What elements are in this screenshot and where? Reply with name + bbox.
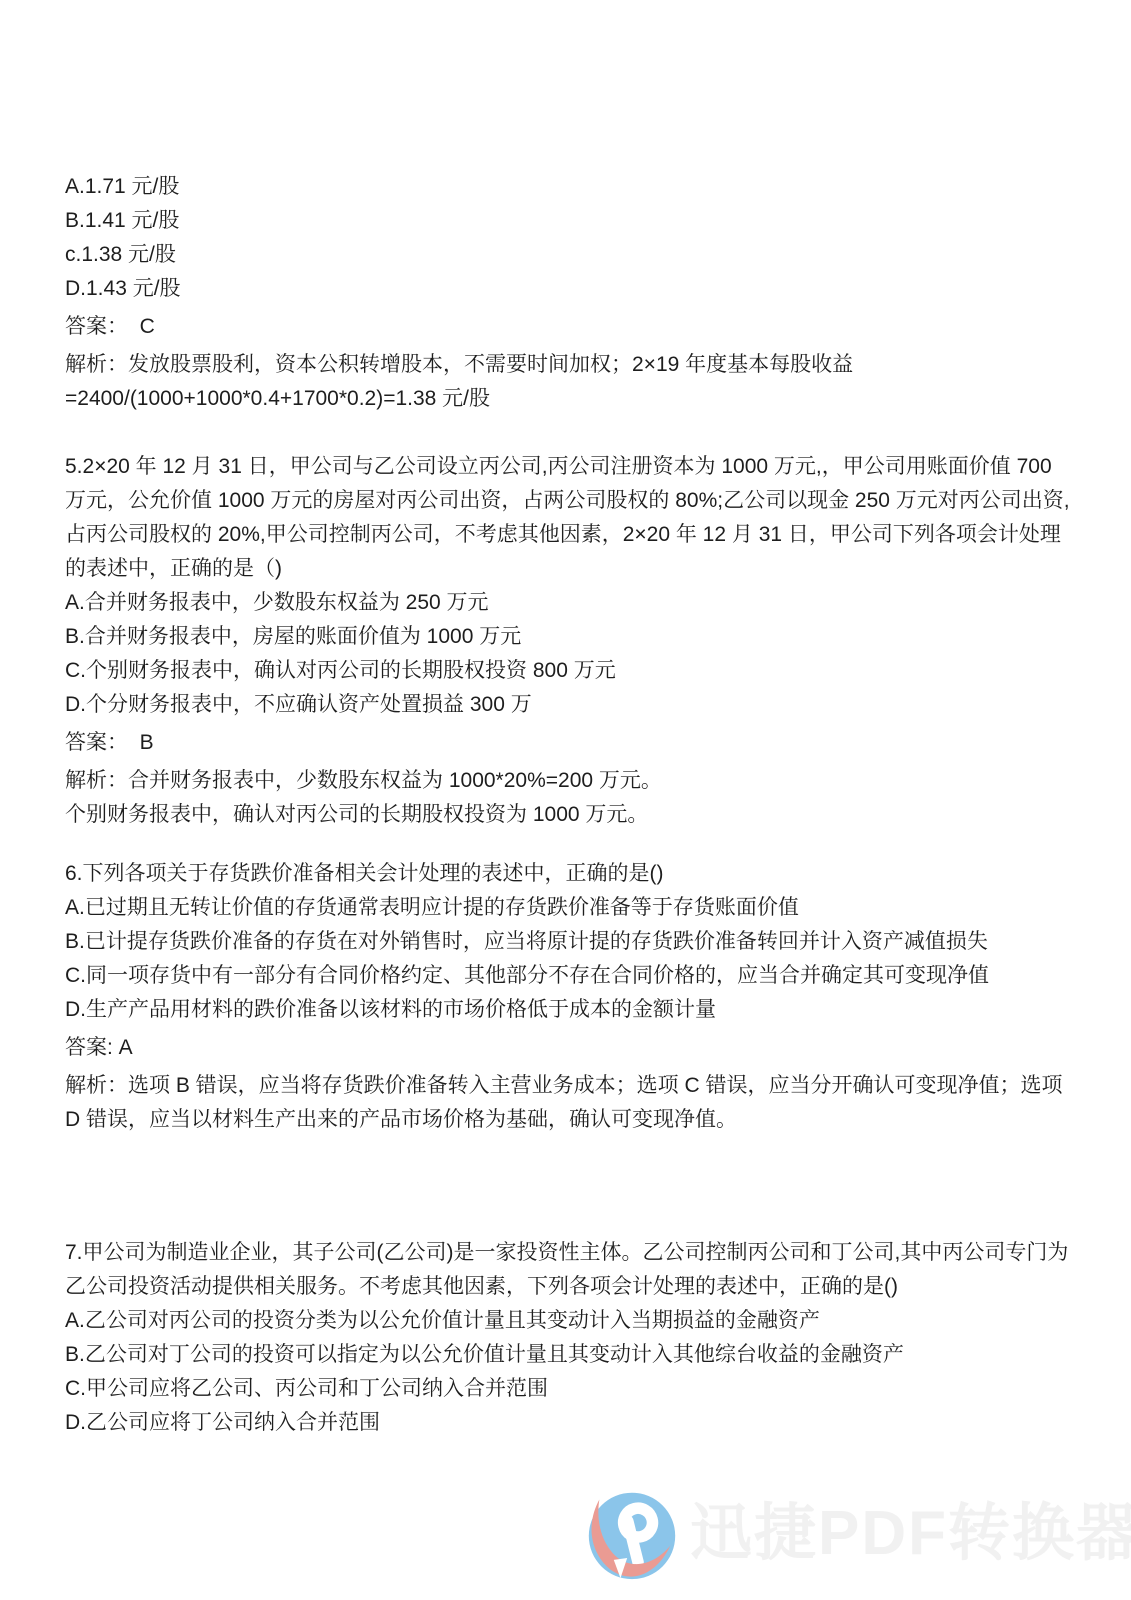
q7-option-b: B.乙公司对丁公司的投资可以指定为以公允价值计量且其变动计入其他综台收益的金融资… — [65, 1338, 1071, 1372]
q6-option-a: A.已过期且无转让价值的存货通常表明应计提的存货跌价准备等于存货账面价值 — [65, 891, 1071, 925]
q5-analysis-line-1: 解析：合并财务报表中，少数股东权益为 1000*20%=200 万元。 — [65, 764, 1071, 798]
q5-stem-line-4: 的表述中，正确的是（) — [65, 552, 1071, 586]
watermark-text: 迅捷PDF转换器 — [690, 1486, 1131, 1582]
question-7: 7.甲公司为制造业企业，其子公司(乙公司)是一家投资性主体。乙公司控制丙公司和丁… — [65, 1236, 1071, 1440]
q4-option-c: c.1.38 元/股 — [65, 238, 1071, 272]
q4-option-b: B.1.41 元/股 — [65, 204, 1071, 238]
pdf-converter-logo-icon — [584, 1486, 680, 1582]
question-4-tail: A.1.71 元/股 B.1.41 元/股 c.1.38 元/股 D.1.43 … — [65, 170, 1071, 416]
q5-answer-line: 答案： B — [65, 726, 1071, 760]
q5-stem-line-3: 占丙公司股权的 20%,甲公司控制丙公司，不考虑其他因素，2×20 年 12 月… — [65, 518, 1071, 552]
document-content: A.1.71 元/股 B.1.41 元/股 c.1.38 元/股 D.1.43 … — [65, 170, 1071, 1440]
q5-option-c: C.个别财务报表中，确认对丙公司的长期股权投资 800 万元 — [65, 654, 1071, 688]
pdf-document-page: A.1.71 元/股 B.1.41 元/股 c.1.38 元/股 D.1.43 … — [0, 0, 1131, 1600]
q6-option-d: D.生产产品用材料的跌价准备以该材料的市场价格低于成本的金额计量 — [65, 993, 1071, 1027]
question-5: 5.2×20 年 12 月 31 日，甲公司与乙公司设立丙公司,丙公司注册资本为… — [65, 450, 1071, 832]
q7-stem-line-2: 乙公司投资活动提供相关服务。不考虑其他因素，下列各项会计处理的表述中，正确的是(… — [65, 1270, 1071, 1304]
q6-analysis-line-1: 解析：选项 B 错误，应当将存货跌价准备转入主营业务成本；选项 C 错误，应当分… — [65, 1069, 1071, 1103]
q5-stem-line-2: 万元，公允价值 1000 万元的房屋对丙公司出资，占两公司股权的 80%;乙公司… — [65, 484, 1071, 518]
q5-option-b: B.合并财务报表中，房屋的账面价值为 1000 万元 — [65, 620, 1071, 654]
q5-analysis-line-2: 个别财务报表中，确认对丙公司的长期股权投资为 1000 万元。 — [65, 798, 1071, 832]
q6-option-c: C.同一项存货中有一部分有合同价格约定、其他部分不存在合同价格的，应当合并确定其… — [65, 959, 1071, 993]
watermark: 迅捷PDF转换器 — [584, 1486, 1131, 1582]
q7-option-a: A.乙公司对丙公司的投资分类为以公允价值计量且其变动计入当期损益的金融资产 — [65, 1304, 1071, 1338]
q6-stem-line-1: 6.下列各项关于存货跌价准备相关会计处理的表述中，正确的是() — [65, 857, 1071, 891]
question-6: 6.下列各项关于存货跌价准备相关会计处理的表述中，正确的是() A.已过期且无转… — [65, 857, 1071, 1137]
q6-analysis-line-2: D 错误，应当以材料生产出来的产品市场价格为基础，确认可变现净值。 — [65, 1103, 1071, 1137]
q4-option-a: A.1.71 元/股 — [65, 170, 1071, 204]
q4-analysis-line-2: =2400/(1000+1000*0.4+1700*0.2)=1.38 元/股 — [65, 382, 1071, 416]
q5-option-d: D.个分财务报表中，不应确认资产处置损益 300 万 — [65, 688, 1071, 722]
q7-option-c: C.甲公司应将乙公司、丙公司和丁公司纳入合并范围 — [65, 1372, 1071, 1406]
q4-option-d: D.1.43 元/股 — [65, 272, 1071, 306]
q7-stem-line-1: 7.甲公司为制造业企业，其子公司(乙公司)是一家投资性主体。乙公司控制丙公司和丁… — [65, 1236, 1071, 1270]
q6-option-b: B.已计提存货跌价准备的存货在对外销售时，应当将原计提的存货跌价准备转回并计入资… — [65, 925, 1071, 959]
q6-answer-line: 答案: A — [65, 1031, 1071, 1065]
q5-option-a: A.合并财务报表中，少数股东权益为 250 万元 — [65, 586, 1071, 620]
q4-analysis-line-1: 解析：发放股票股利，资本公积转增股本，不需要时间加权；2×19 年度基本每股收益 — [65, 348, 1071, 382]
q4-answer-line: 答案： C — [65, 310, 1071, 344]
q5-stem-line-1: 5.2×20 年 12 月 31 日，甲公司与乙公司设立丙公司,丙公司注册资本为… — [65, 450, 1071, 484]
q7-option-d: D.乙公司应将丁公司纳入合并范围 — [65, 1406, 1071, 1440]
